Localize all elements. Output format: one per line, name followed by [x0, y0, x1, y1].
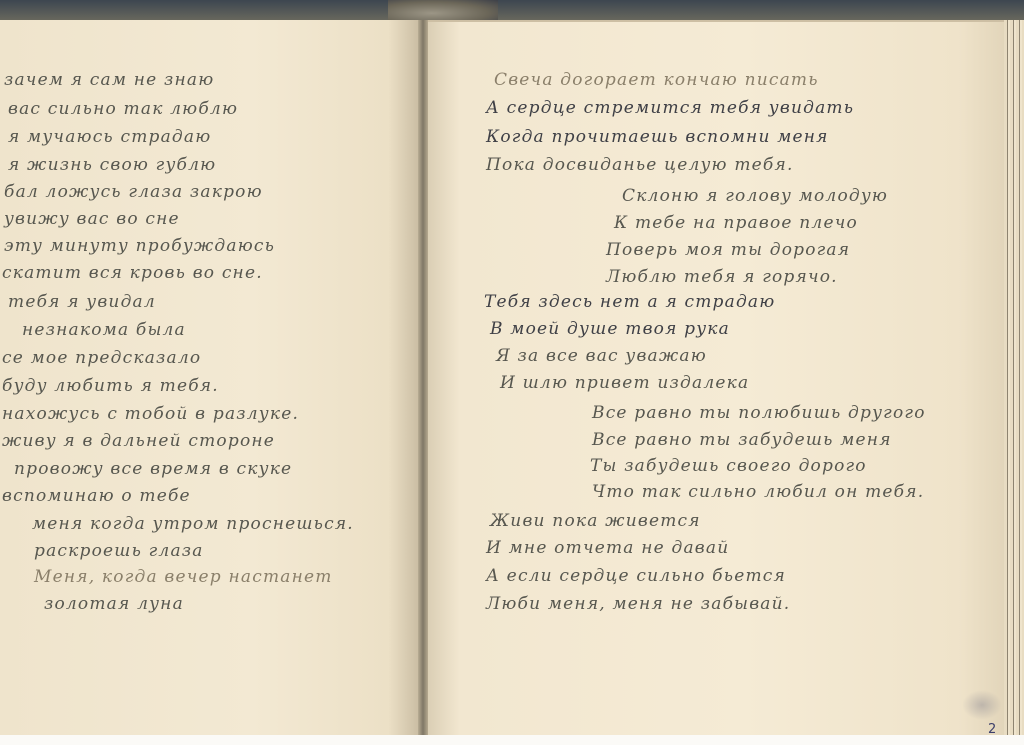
- handwritten-line: В моей душе твоя рука: [490, 319, 730, 339]
- handwritten-line: меня когда утром проснешься.: [32, 514, 354, 534]
- handwritten-line: я жизнь свою гублю: [8, 155, 216, 175]
- handwritten-line: я мучаюсь страдаю: [8, 127, 211, 147]
- handwritten-line: Ты забудешь своего дорого: [590, 456, 867, 476]
- pencil-smudge: [962, 690, 1002, 720]
- handwritten-line: Люблю тебя я горячо.: [606, 267, 838, 287]
- handwritten-line: эту минуту пробуждаюсь: [4, 236, 275, 256]
- handwritten-line: И мне отчета не давай: [486, 538, 729, 558]
- notebook-cover-top: [0, 0, 1024, 22]
- handwritten-line: бал ложусь глаза закрою: [4, 182, 263, 202]
- handwritten-line: К тебе на правое плечо: [614, 213, 858, 233]
- scan-border: [0, 735, 1024, 745]
- handwritten-line: Склоню я голову молодую: [622, 186, 888, 206]
- handwritten-line: вас сильно так люблю: [8, 99, 238, 119]
- page-number: 2: [988, 722, 996, 737]
- handwritten-line: Живи пока живется: [490, 511, 701, 531]
- handwritten-line: Что так сильно любил он тебя.: [592, 482, 924, 502]
- handwritten-line: Люби меня, меня не забывай.: [486, 594, 790, 614]
- handwritten-line: А сердце стремится тебя увидать: [486, 98, 854, 118]
- handwritten-line: И шлю привет издалека: [500, 373, 749, 393]
- handwritten-line: Все равно ты забудешь меня: [592, 430, 892, 450]
- handwritten-line: Тебя здесь нет а я страдаю: [484, 292, 775, 312]
- handwritten-line: Я за все вас уважаю: [496, 346, 707, 366]
- handwritten-line: се мое предсказало: [2, 348, 201, 368]
- page-gutter: [418, 20, 428, 735]
- handwritten-line: тебя я увидал: [8, 292, 156, 312]
- handwritten-line: Поверь моя ты дорогая: [606, 240, 850, 260]
- handwritten-line: золотая луна: [44, 594, 184, 614]
- binding-spine: [388, 0, 498, 22]
- page-edges: [1004, 20, 1024, 735]
- handwritten-line: вспоминаю о тебе: [2, 486, 191, 506]
- handwritten-line: увижу вас во сне: [4, 209, 180, 229]
- handwritten-line: раскроешь глаза: [34, 541, 204, 561]
- handwritten-line: буду любить я тебя.: [2, 376, 219, 396]
- handwritten-line: Свеча догорает кончаю писать: [494, 70, 819, 90]
- handwritten-line: нахожусь с тобой в разлуке.: [2, 404, 299, 424]
- handwritten-line: провожу все время в скуке: [14, 459, 292, 479]
- handwritten-line: живу я в дальней стороне: [2, 431, 275, 451]
- handwritten-line: скатит вся кровь во сне.: [2, 263, 263, 283]
- handwritten-line: Все равно ты полюбишь другого: [592, 403, 926, 423]
- handwritten-line: незнакома была: [22, 320, 186, 340]
- handwritten-line: Меня, когда вечер настанет: [34, 567, 333, 587]
- handwritten-line: зачем я сам не знаю: [4, 70, 214, 90]
- handwritten-line: А если сердце сильно бьется: [486, 566, 786, 586]
- handwritten-line: Когда прочитаешь вспомни меня: [486, 127, 829, 147]
- handwritten-line: Пока досвиданье целую тебя.: [486, 155, 794, 175]
